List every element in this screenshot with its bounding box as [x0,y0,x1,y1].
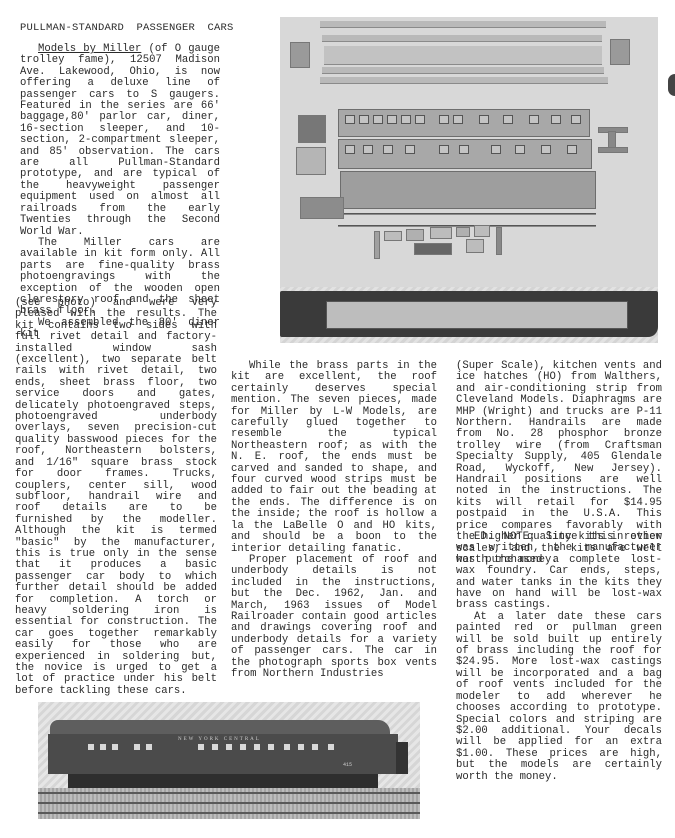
paragraph-assembled-cont: (see photo) and were very pleased with t… [15,298,217,697]
detail-part [474,225,490,237]
editor-note: ED. NOTE: Since this review was written,… [456,532,662,612]
roof-strip [320,77,608,84]
column-1-lower: (see photo) and were very pleased with t… [15,298,217,697]
article-title: PULLMAN-STANDARD PASSENGER CARS [20,22,234,34]
steps [300,197,344,219]
rail [38,802,420,804]
paragraph-roof: While the brass parts in the kit are exc… [231,361,437,555]
car-lettering: NEW YORK CENTRAL [178,737,261,742]
diaphragm [396,742,408,774]
detail-part [456,227,470,237]
rail [38,792,420,794]
paragraph-pricing: At a later date these cars painted red o… [456,612,662,783]
detail-part [374,231,380,259]
assembled-car-photo: NEW YORK CENTRAL 415 [38,702,420,819]
roof-strip [322,35,602,42]
car-number: 415 [343,762,352,768]
roof-strip [322,67,604,74]
water-tank [414,243,452,255]
car-underbody [68,774,378,788]
column-3-lower: ED. NOTE: Since this review was written,… [456,532,662,783]
detail-part [466,239,484,253]
roof-strip [320,21,606,28]
roof-end-block [610,39,630,65]
rail [38,812,420,814]
car-end [298,115,326,143]
detail-part [406,229,424,241]
car-side [338,139,592,169]
detail-part [496,227,502,255]
bolster [598,147,628,153]
paragraph-details: Proper placement of roof and underbody d… [231,555,437,680]
paragraph-intro: Models by Miller (of O gauge trolley fam… [20,44,220,238]
brass-rod [338,213,596,215]
column-2: While the brass parts in the kit are exc… [231,361,437,680]
car-side [338,109,590,137]
roof-center-piece [324,46,602,65]
manufacturer-name: Models by Miller [38,43,141,55]
page-edge-mark [668,74,675,96]
car-floor [340,171,596,209]
hollow-roof [280,291,658,337]
kit-parts-photo [280,17,658,343]
car-body: NEW YORK CENTRAL 415 [48,734,398,774]
detail-part [430,227,452,239]
car-end [296,147,326,175]
detail-part [384,231,402,241]
roof-end-block [290,42,310,68]
